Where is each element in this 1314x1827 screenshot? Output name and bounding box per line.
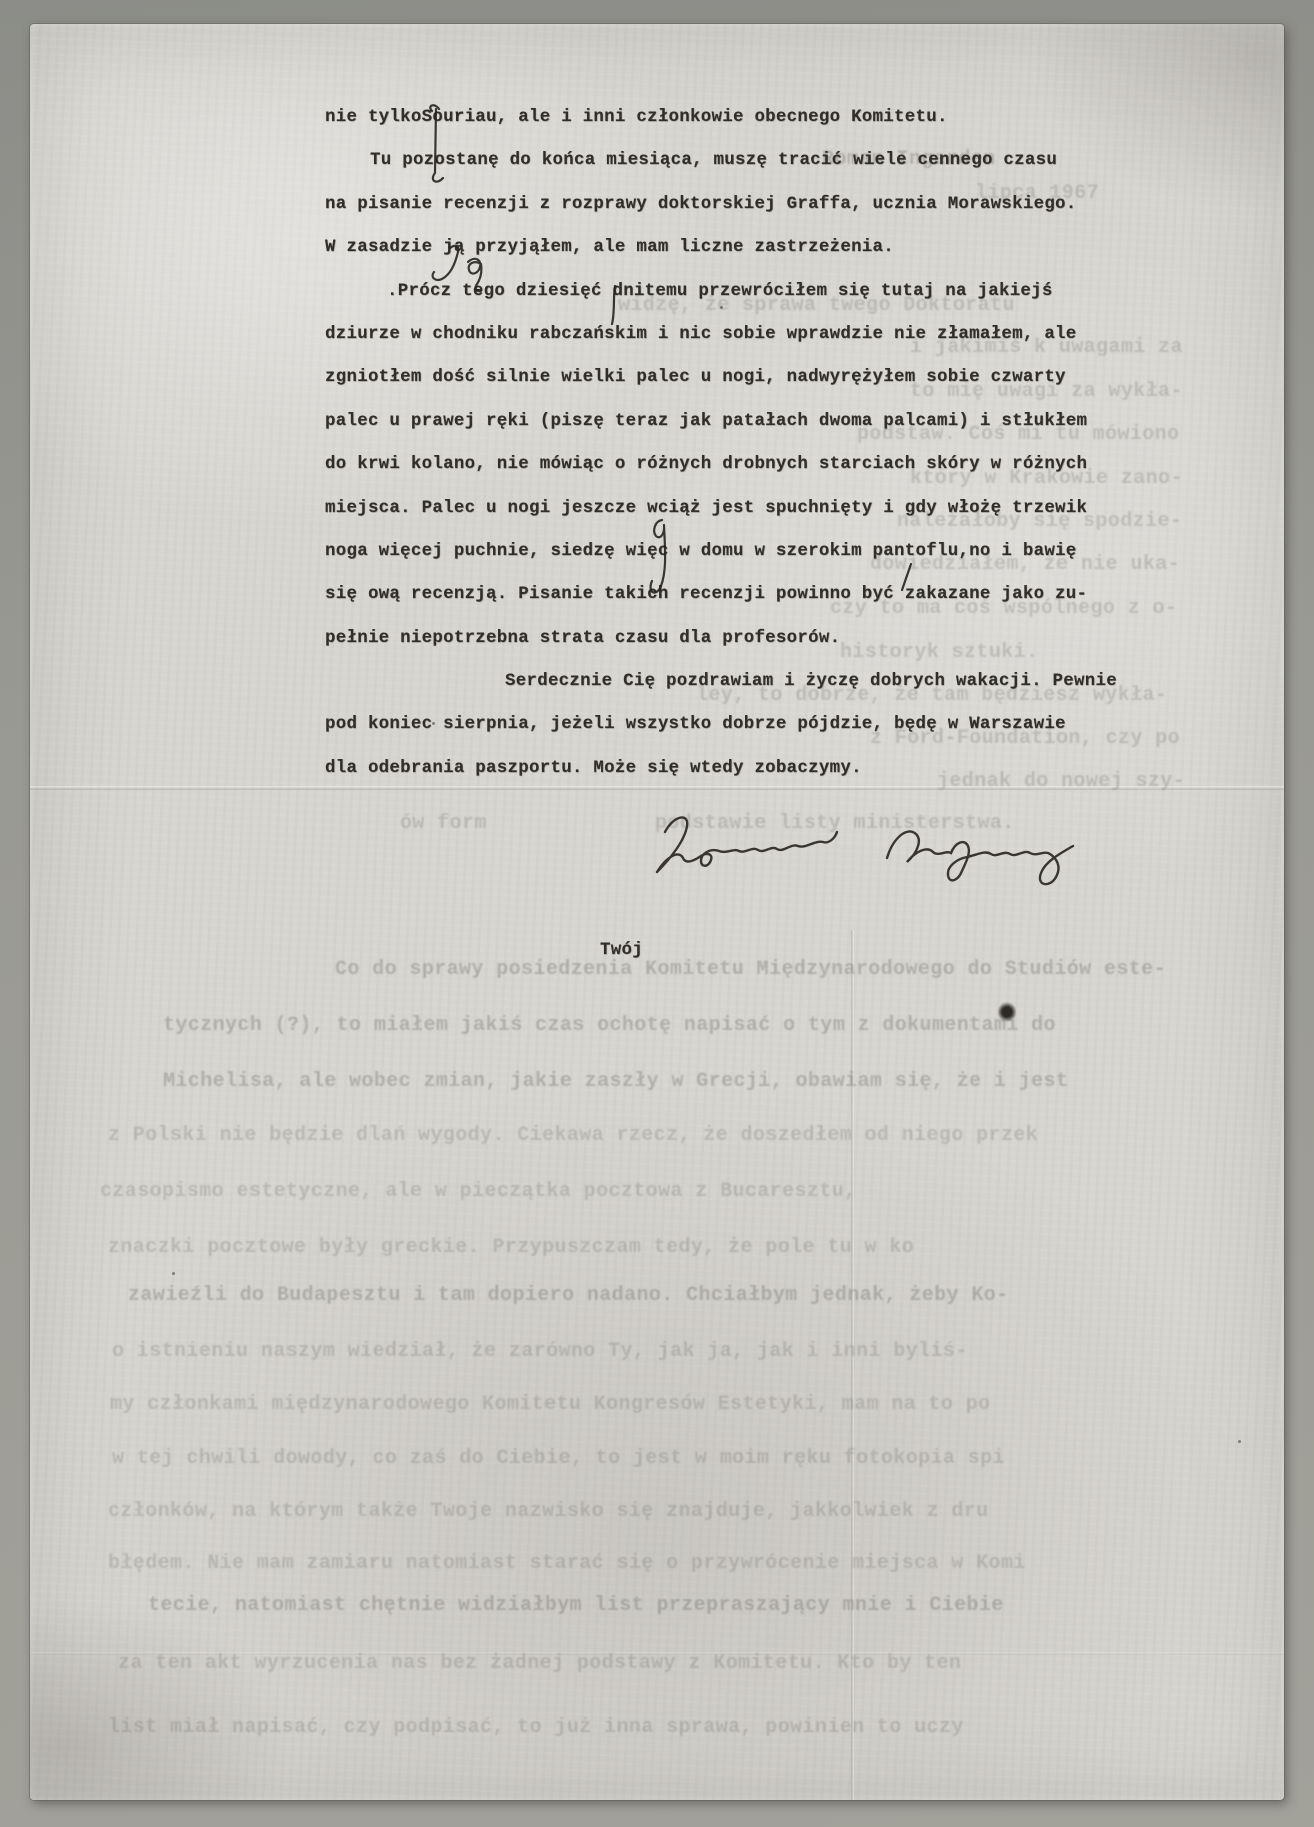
closing-word: Twój <box>600 941 643 960</box>
fold-crease-horizontal <box>30 1652 1284 1655</box>
fold-crease-vertical <box>851 930 854 1800</box>
ghost-line: za ten akt wyrzucenia nas bez żadnej pod… <box>118 1652 961 1675</box>
ghost-line: podstawie listy ministerstwa. <box>655 812 1015 835</box>
ghost-line: ów form <box>400 812 487 835</box>
typed-line: pod koniec sierpnia, jeżeli wszystko dob… <box>325 715 1125 758</box>
ink-blot <box>998 1002 1016 1022</box>
typed-line: .Prócz tego dziesięć dnitemu przewróciłe… <box>325 282 1125 325</box>
ghost-line: w tej chwili dowody, co zaś do Ciebie, t… <box>112 1447 1005 1470</box>
ink-speck <box>432 722 435 725</box>
typed-line: zgniotłem dość silnie wielki palec u nog… <box>325 368 1125 411</box>
typed-text: nie tylkoSouriau, ale i inni członkowie … <box>325 108 1125 802</box>
ghost-line: błędem. Nie mam zamiaru natomiast starać… <box>108 1552 1026 1575</box>
typed-line: pełnie niepotrzebna strata czasu dla pro… <box>325 629 1125 672</box>
ghost-line: tecie, natomiast chętnie widziałbym list… <box>148 1594 1004 1617</box>
typed-line: do krwi kolano, nie mówiąc o różnych dro… <box>325 455 1125 498</box>
ghost-line: tycznych (?), to miałem jakiś czas ochot… <box>163 1014 1056 1037</box>
typed-line: noga więcej puchnie, siedzę więc w domu … <box>325 542 1125 585</box>
ghost-line: członków, na którym także Twoje nazwisko… <box>108 1500 989 1523</box>
ink-speck <box>172 1272 175 1275</box>
typed-line: nie tylkoSouriau, ale i inni członkowie … <box>325 108 1125 151</box>
typed-line: dla odebrania paszportu. Może się wtedy … <box>325 759 1125 802</box>
typed-line: miejsca. Palec u nogi jeszcze wciąż jest… <box>325 499 1125 542</box>
signature-handwriting <box>635 808 1085 900</box>
ghost-line: z Polski nie będzie dlań wygody. Ciekawa… <box>108 1124 1038 1147</box>
typed-line: na pisanie recenzji z rozprawy doktorski… <box>325 195 1125 238</box>
ghost-line: list miał napisać, czy podpisać, to już … <box>108 1716 964 1739</box>
ghost-line: znaczki pocztowe były greckie. Przypuszc… <box>108 1236 914 1259</box>
typed-line: dziurze w chodniku rabczańskim i nic sob… <box>325 325 1125 368</box>
ghost-line: zawieźli do Budapesztu i tam dopiero nad… <box>128 1284 1009 1307</box>
ghost-line: Michelisa, ale wobec zmian, jakie zaszły… <box>163 1070 1068 1093</box>
typed-line: się ową recenzją. Pisanie takich recenzj… <box>325 585 1125 628</box>
scan-background: Roman Ingarden lipca 1967 widzę, że spra… <box>0 0 1314 1827</box>
typed-line: palec u prawej ręki (piszę teraz jak pat… <box>325 412 1125 455</box>
ghost-line: Co do sprawy posiedzenia Komitetu Między… <box>335 958 1166 981</box>
typed-line: Serdecznie Cię pozdrawiam i życzę dobryc… <box>325 672 1125 715</box>
letter-page: Roman Ingarden lipca 1967 widzę, że spra… <box>30 24 1284 1800</box>
ghost-line: my członkami międzynarodowego Komitetu K… <box>110 1393 991 1416</box>
typed-line: Tu pozostanę do końca miesiąca, muszę tr… <box>325 151 1125 194</box>
ink-speck <box>1238 1440 1241 1443</box>
ghost-line: o istnieniu naszym wiedział, że zarówno … <box>112 1340 968 1363</box>
ghost-line: czasopismo estetyczne, ale w pieczątka p… <box>100 1180 857 1203</box>
typed-line: W zasadzie ją przyjąłem, ale mam liczne … <box>325 238 1125 281</box>
ink-speck <box>720 306 723 309</box>
